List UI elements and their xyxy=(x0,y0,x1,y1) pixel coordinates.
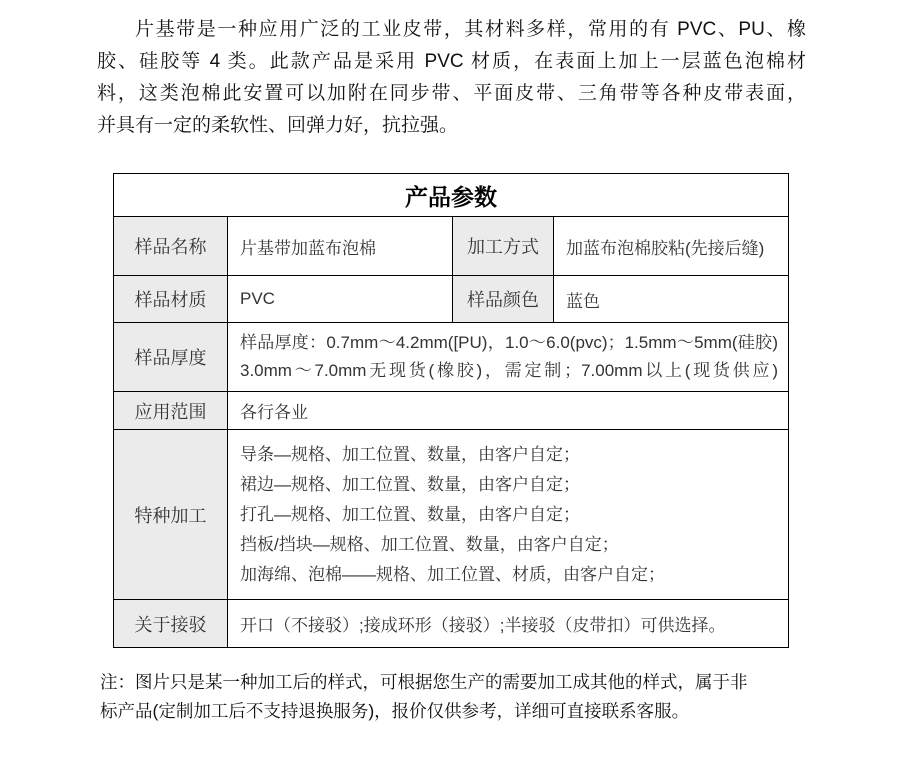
special-processing-line: 导条—规格、加工位置、数量，由客户自定； xyxy=(240,440,778,470)
product-parameters-table: 产品参数 样品名称 片基带加蓝布泡棉 加工方式 加蓝布泡棉胶粘(先接后缝) 样品… xyxy=(113,173,789,648)
thickness-line: 样品厚度：0.7mm～4.2mm([PU)，1.0～6.0(pvc)；1.5mm… xyxy=(240,329,778,357)
label-application-scope: 应用范围 xyxy=(114,392,228,430)
label-sample-color: 样品颜色 xyxy=(453,276,554,323)
footnote-line: 标产品(定制加工后不支持退换服务)，报价仅供参考，详细可直接联系客服。 xyxy=(100,697,806,726)
special-processing-line: 打孔—规格、加工位置、数量，由客户自定； xyxy=(240,500,778,530)
value-joint: 开口（不接驳）;接成环形（接驳）;半接驳（皮带扣）可供选择。 xyxy=(228,600,789,648)
value-sample-material: PVC xyxy=(228,276,453,323)
intro-line: 并具有一定的柔软性、回弹力好，抗拉强。 xyxy=(97,110,806,142)
intro-line: 片基带是一种应用广泛的工业皮带，其材料多样，常用的有 PVC、PU、橡 xyxy=(97,14,806,46)
table-title: 产品参数 xyxy=(114,174,789,217)
value-processing-method: 加蓝布泡棉胶粘(先接后缝) xyxy=(554,217,789,276)
value-sample-name: 片基带加蓝布泡棉 xyxy=(228,217,453,276)
table-title-row: 产品参数 xyxy=(114,174,789,217)
intro-line: 料，这类泡棉此安置可以加附在同步带、平面皮带、三角带等各种皮带表面， xyxy=(97,78,806,110)
label-joint: 关于接驳 xyxy=(114,600,228,648)
special-processing-line: 裙边—规格、加工位置、数量，由客户自定； xyxy=(240,470,778,500)
value-sample-color: 蓝色 xyxy=(554,276,789,323)
table-row-special-processing: 特种加工 导条—规格、加工位置、数量，由客户自定； 裙边—规格、加工位置、数量，… xyxy=(114,430,789,600)
footnote-line: 注：图片只是某一种加工后的样式，可根据您生产的需要加工成其他的样式，属于非 xyxy=(100,668,806,697)
special-processing-line: 挡板/挡块—规格、加工位置、数量，由客户自定； xyxy=(240,530,778,560)
thickness-line: 3.0mm～7.0mm无现货(橡胶)，需定制；7.00mm以上(现货供应) xyxy=(240,357,778,385)
label-special-processing: 特种加工 xyxy=(114,430,228,600)
footnote: 注：图片只是某一种加工后的样式，可根据您生产的需要加工成其他的样式，属于非 标产… xyxy=(100,668,806,725)
label-sample-name: 样品名称 xyxy=(114,217,228,276)
table-row-sample-name: 样品名称 片基带加蓝布泡棉 加工方式 加蓝布泡棉胶粘(先接后缝) xyxy=(114,217,789,276)
label-sample-thickness: 样品厚度 xyxy=(114,323,228,392)
value-special-processing: 导条—规格、加工位置、数量，由客户自定； 裙边—规格、加工位置、数量，由客户自定… xyxy=(228,430,789,600)
intro-line: 胶、硅胶等 4 类。此款产品是采用 PVC 材质，在表面上加上一层蓝色泡棉材 xyxy=(97,46,806,78)
table-row-thickness: 样品厚度 样品厚度：0.7mm～4.2mm([PU)，1.0～6.0(pvc)；… xyxy=(114,323,789,392)
special-processing-line: 加海绵、泡棉——规格、加工位置、材质，由客户自定； xyxy=(240,560,778,590)
table-row-application: 应用范围 各行各业 xyxy=(114,392,789,430)
label-sample-material: 样品材质 xyxy=(114,276,228,323)
table-row-sample-material: 样品材质 PVC 样品颜色 蓝色 xyxy=(114,276,789,323)
intro-paragraph: 片基带是一种应用广泛的工业皮带，其材料多样，常用的有 PVC、PU、橡 胶、硅胶… xyxy=(97,14,806,142)
label-processing-method: 加工方式 xyxy=(453,217,554,276)
value-application-scope: 各行各业 xyxy=(228,392,789,430)
value-sample-thickness: 样品厚度：0.7mm～4.2mm([PU)，1.0～6.0(pvc)；1.5mm… xyxy=(228,323,789,392)
table-row-joint: 关于接驳 开口（不接驳）;接成环形（接驳）;半接驳（皮带扣）可供选择。 xyxy=(114,600,789,648)
